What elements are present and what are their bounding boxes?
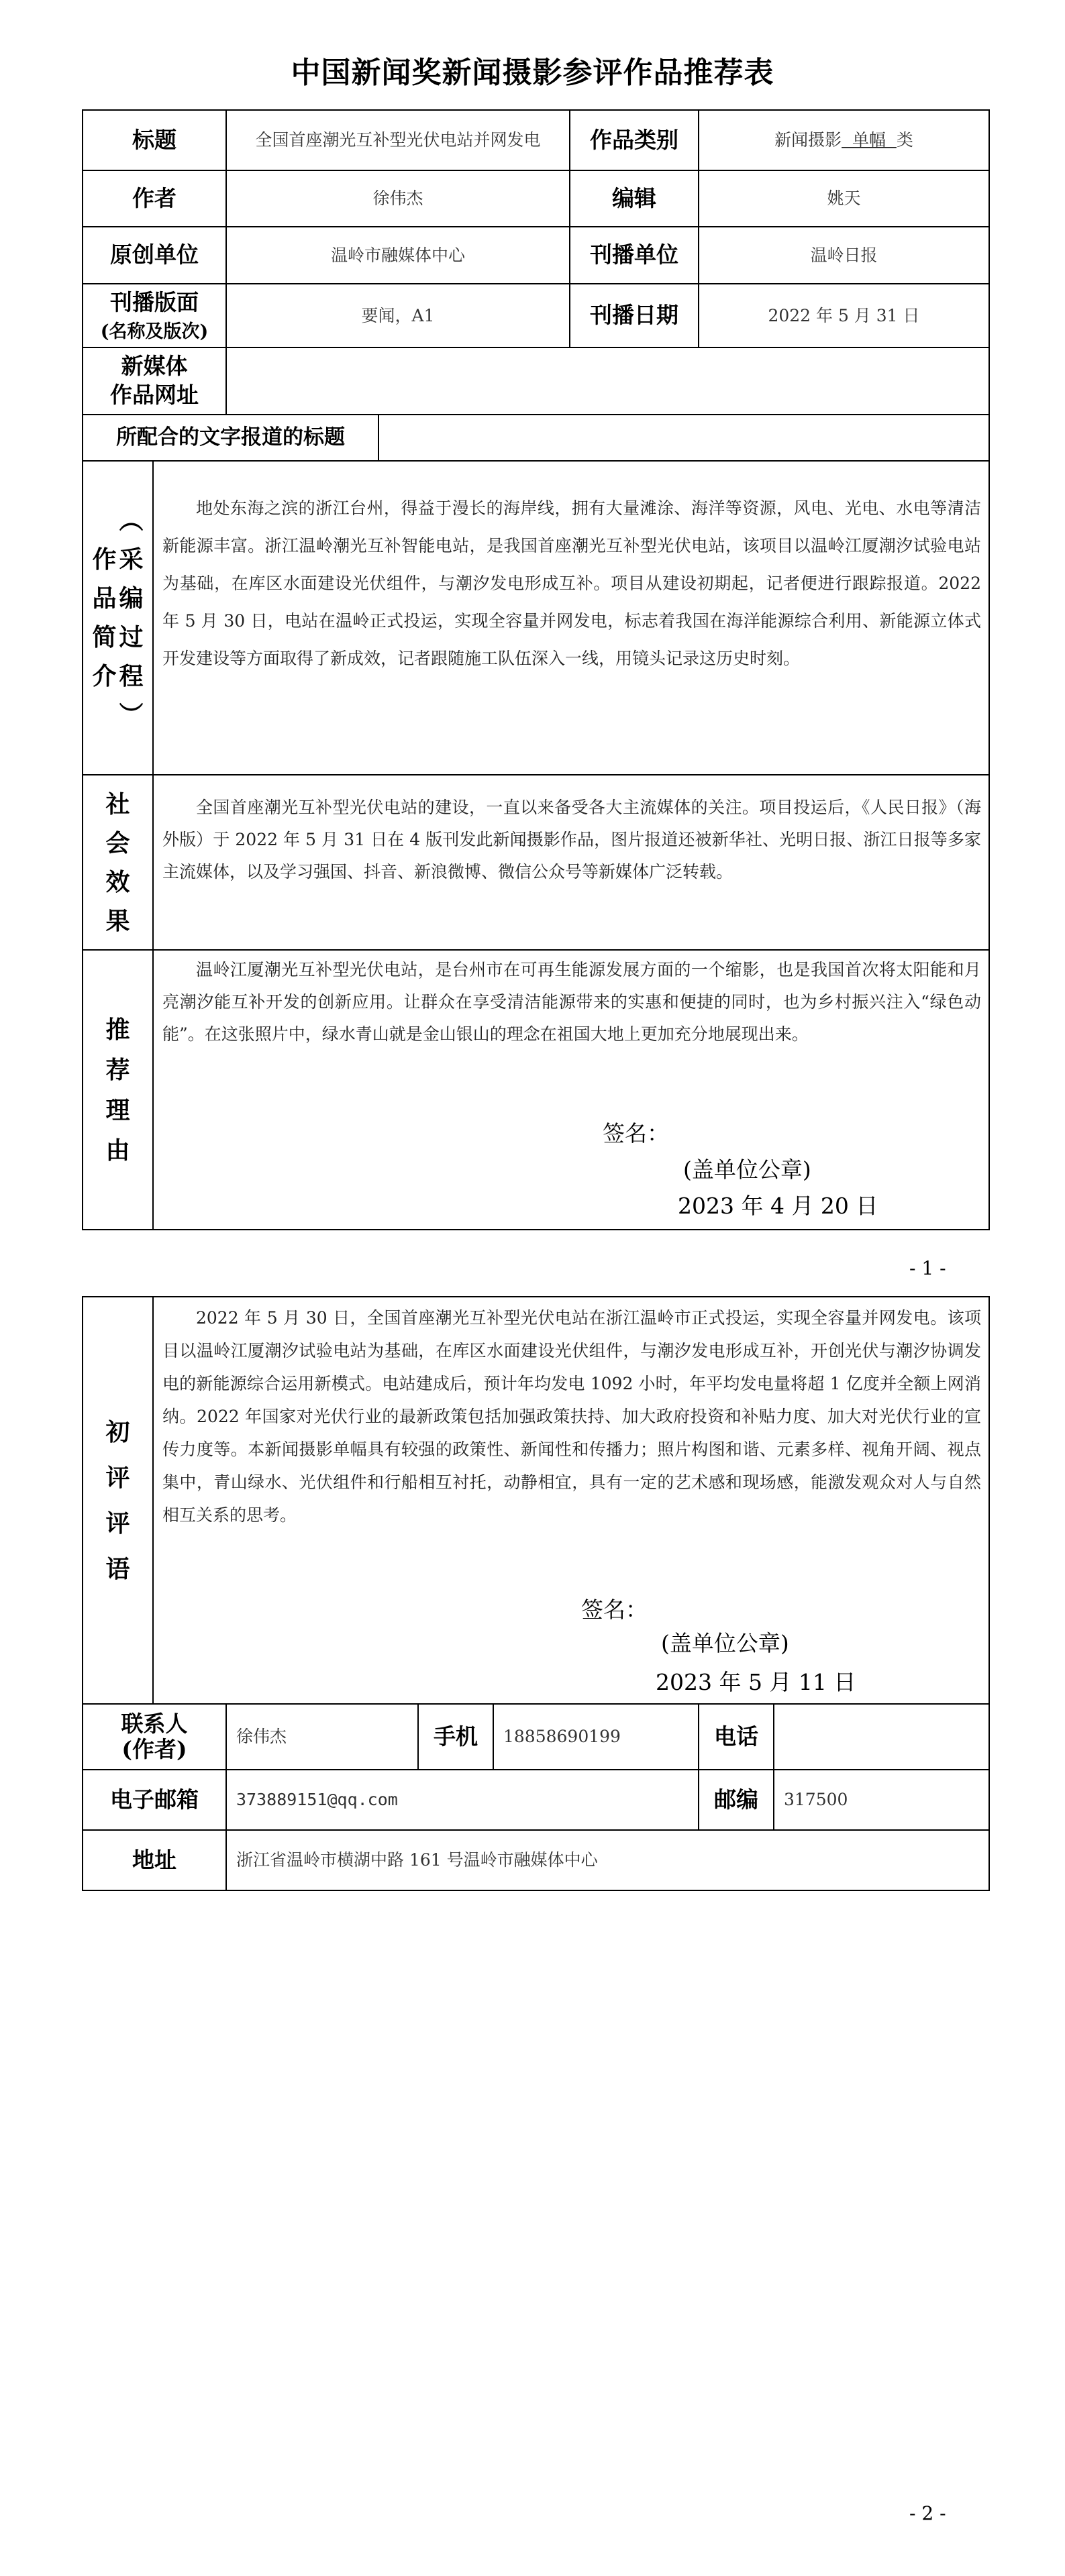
social-label-char: 果	[105, 902, 130, 941]
layout-label: 刊播版面	[110, 288, 199, 317]
origin-label: 原创单位	[82, 226, 227, 284]
intro-label-char: ︶	[119, 696, 144, 735]
review-label-char: 语	[105, 1546, 130, 1592]
category-value: 新闻摄影 单幅 类	[698, 109, 990, 171]
publisher-label: 刊播单位	[569, 226, 699, 284]
category-suffix: 类	[897, 127, 913, 154]
address-label: 地址	[82, 1829, 227, 1891]
url-label-line2: 作品网址	[110, 381, 199, 410]
intro-label-col-right: ︵ 采 编 过 程 ︶	[119, 501, 144, 735]
phone-value	[773, 1703, 990, 1770]
reason-date: 2023 年 4 月 20 日	[678, 1189, 878, 1220]
mobile-value: 18858690199	[493, 1703, 699, 1770]
social-label-char: 会	[105, 824, 130, 863]
intro-label-char: 程	[119, 657, 144, 696]
reason-sign-label: 签名：	[603, 1116, 669, 1148]
date-value: 2022 年 5 月 31 日	[698, 283, 990, 348]
reason-label-cell: 推 荐 理 由	[82, 949, 154, 1230]
category-fill: 单幅	[842, 127, 897, 154]
reason-label-char: 推	[105, 1010, 130, 1050]
email-value: 373889151@qq.com	[225, 1769, 699, 1831]
intro-label: 作 品 简 介 ︵ 采 编 过 程 ︶	[92, 501, 143, 735]
article-title-value	[378, 414, 990, 462]
intro-label-char: 作	[92, 540, 116, 579]
intro-label-col-left: 作 品 简 介	[92, 501, 116, 735]
reason-text: 温岭江厦潮光互补型光伏电站，是台州市在可再生能源发展方面的一个缩影，也是我国首次…	[162, 954, 981, 1051]
url-label-cell: 新媒体 作品网址	[82, 347, 227, 415]
intro-label-char: 介	[92, 657, 116, 696]
layout-label-cell: 刊播版面 (名称及版次)	[82, 283, 227, 348]
article-title-label: 所配合的文字报道的标题	[82, 414, 379, 462]
reason-label: 推 荐 理 由	[105, 1010, 130, 1171]
author-value: 徐伟杰	[225, 170, 570, 227]
editor-value: 姚天	[698, 170, 990, 227]
review-label-char: 初	[105, 1409, 130, 1455]
origin-value: 温岭市融媒体中心	[225, 226, 570, 284]
intro-text: 地处东海之滨的浙江台州，得益于漫长的海岸线，拥有大量滩涂、海洋等资源，风电、光电…	[162, 490, 981, 678]
mobile-label: 手机	[417, 1703, 494, 1770]
url-label-line1: 新媒体	[121, 352, 188, 381]
category-prefix: 新闻摄影	[774, 127, 842, 154]
contact-label-cell: 联系人 (作者)	[82, 1703, 227, 1770]
intro-label-char: 编	[119, 579, 144, 618]
social-text: 全国首座潮光互补型光伏电站的建设，一直以来备受各大主流媒体的关注。项目投运后，《…	[162, 792, 981, 888]
reason-label-char: 荐	[105, 1050, 130, 1090]
author-label: 作者	[82, 170, 227, 227]
layout-value: 要闻，A1	[225, 283, 570, 348]
publisher-value: 温岭日报	[698, 226, 990, 284]
intro-label-cell: 作 品 简 介 ︵ 采 编 过 程 ︶	[82, 460, 154, 775]
layout-sublabel: (名称及版次)	[101, 317, 209, 343]
form-title: 中国新闻奖新闻摄影参评作品推荐表	[0, 48, 1065, 91]
page-number-2: - 2 -	[909, 2502, 946, 2524]
review-label-char: 评	[105, 1501, 130, 1546]
intro-label-char: 品	[92, 579, 116, 618]
editor-label: 编辑	[569, 170, 699, 227]
phone-label: 电话	[698, 1703, 774, 1770]
title-value: 全国首座潮光互补型光伏电站并网发电	[225, 109, 570, 171]
review-seal-label: (盖单位公章)	[661, 1626, 789, 1658]
social-label-char: 效	[105, 863, 130, 902]
address-value: 浙江省温岭市横湖中路 161 号温岭市融媒体中心	[225, 1829, 990, 1891]
contact-label-line1: 联系人	[121, 1711, 188, 1737]
review-label: 初 评 评 语	[105, 1409, 130, 1592]
reason-label-char: 理	[105, 1090, 130, 1130]
social-label: 社 会 效 果	[105, 785, 130, 941]
zip-value: 317500	[773, 1769, 990, 1831]
review-date: 2023 年 5 月 11 日	[656, 1665, 856, 1697]
url-value	[225, 347, 990, 415]
social-label-char: 社	[105, 785, 130, 824]
review-sign-label: 签名：	[581, 1593, 648, 1624]
intro-label-char: 采	[119, 540, 144, 579]
reason-label-char: 由	[105, 1130, 130, 1171]
date-label: 刊播日期	[569, 283, 699, 348]
contact-value: 徐伟杰	[225, 1703, 419, 1770]
zip-label: 邮编	[698, 1769, 774, 1831]
intro-label-char: 过	[119, 618, 144, 657]
title-label: 标题	[82, 109, 227, 171]
intro-label-char: 简	[92, 618, 116, 657]
review-label-cell: 初 评 评 语	[82, 1296, 154, 1705]
category-label: 作品类别	[569, 109, 699, 171]
contact-label-line2: (作者)	[121, 1737, 187, 1762]
review-text: 2022 年 5 月 30 日，全国首座潮光互补型光伏电站在浙江温岭市正式投运，…	[162, 1301, 981, 1532]
intro-label-char: ︵	[119, 501, 144, 540]
email-label: 电子邮箱	[82, 1769, 227, 1831]
social-label-cell: 社 会 效 果	[82, 774, 154, 951]
reason-seal-label: (盖单位公章)	[683, 1152, 811, 1184]
page-number-1: - 1 -	[909, 1257, 946, 1279]
review-label-char: 评	[105, 1455, 130, 1501]
